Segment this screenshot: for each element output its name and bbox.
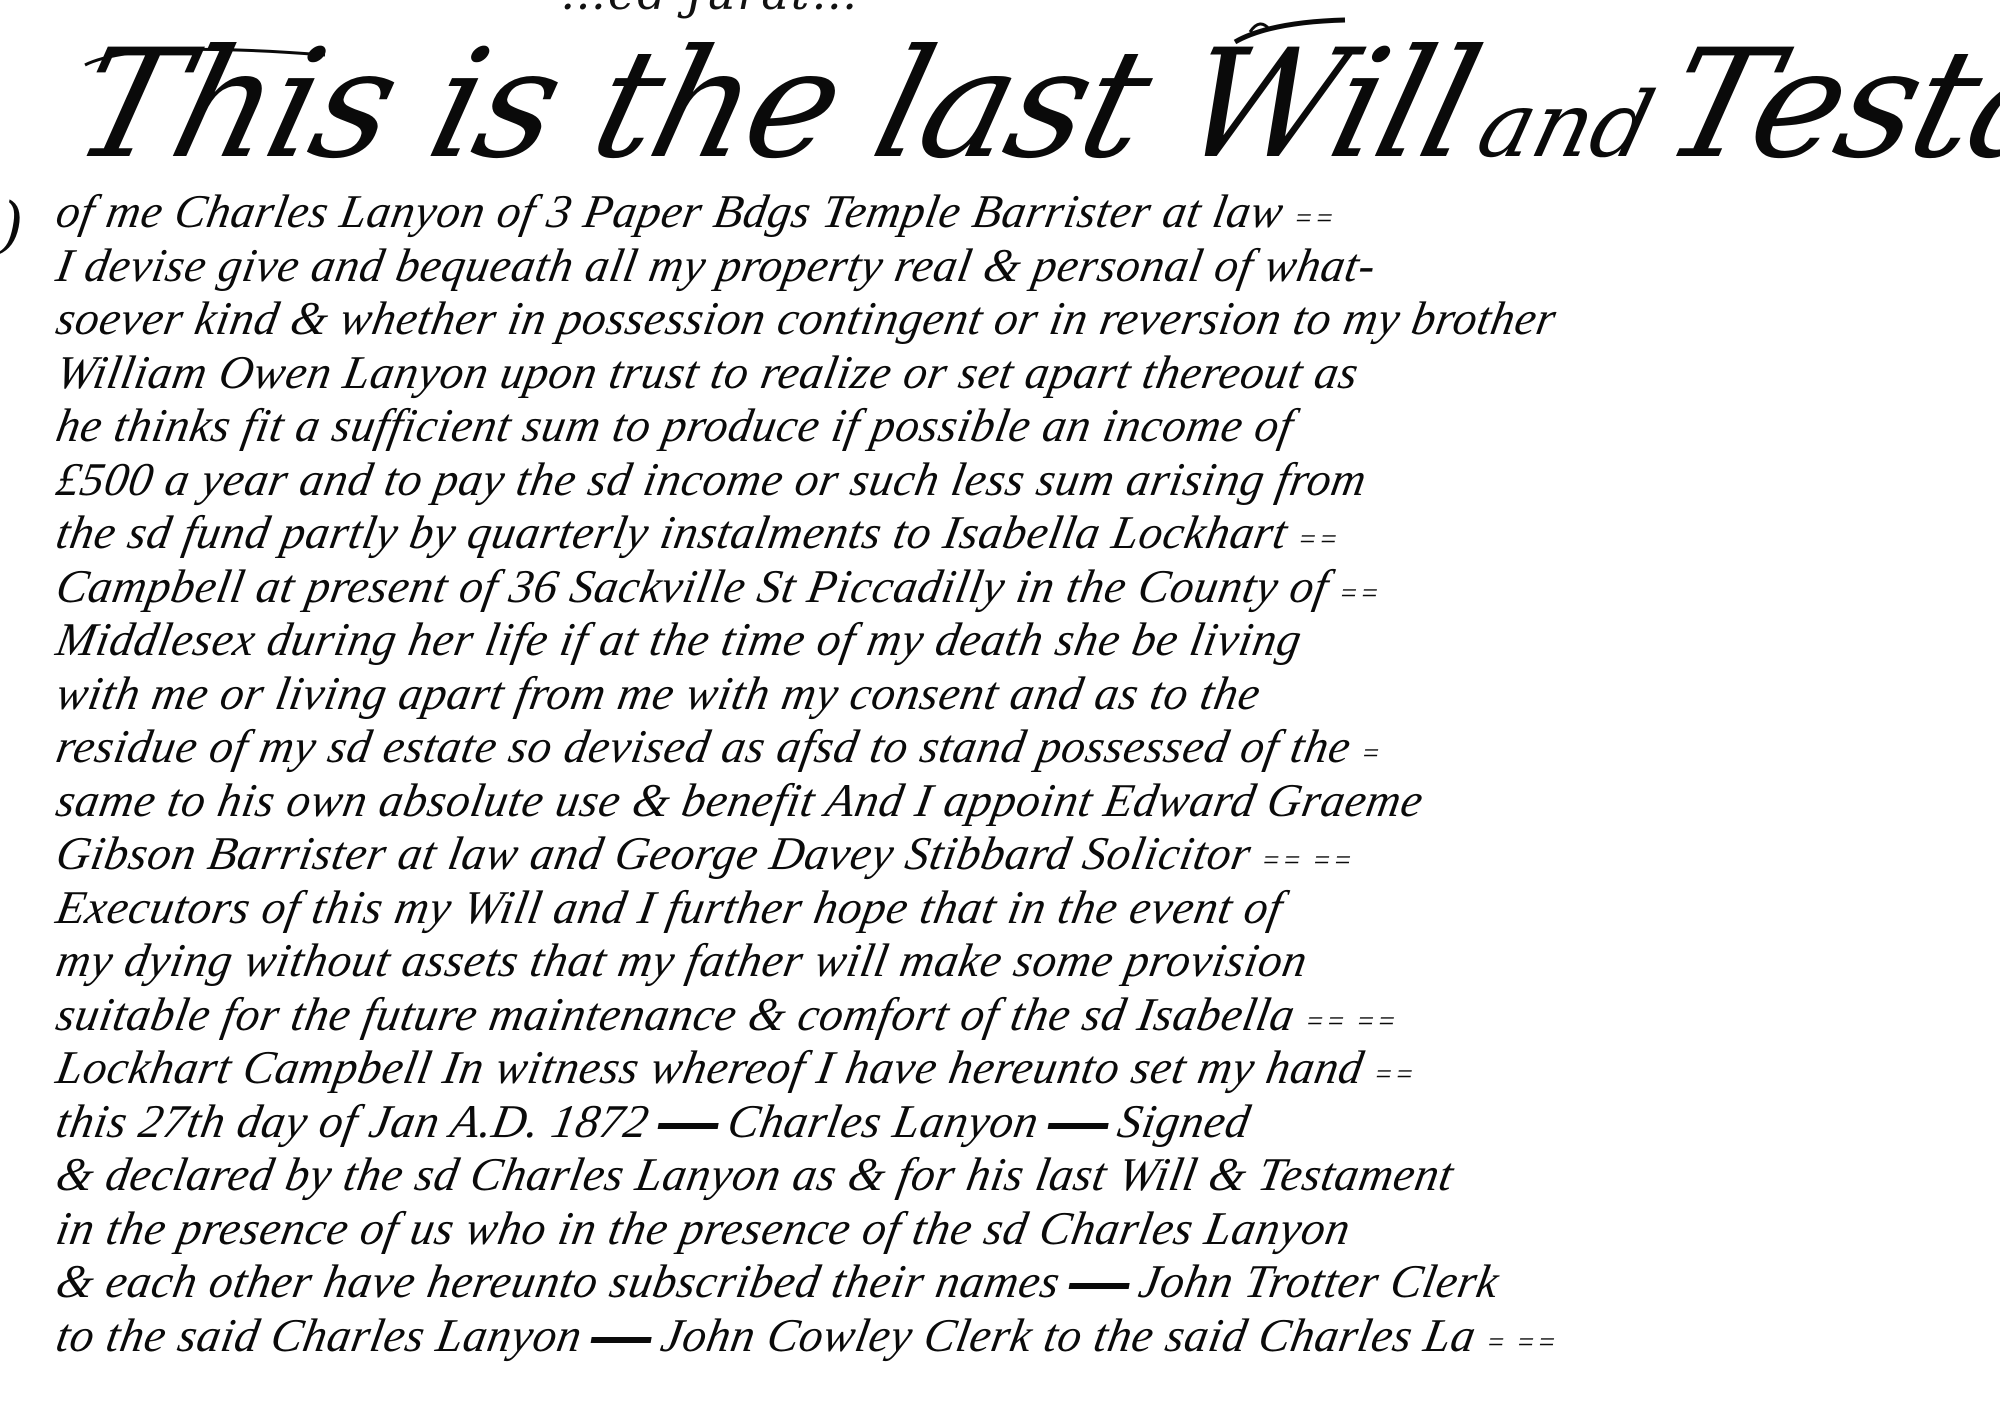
text-line: the sd fund partly by quarterly instalme…	[52, 507, 1981, 561]
line-text: £500 a year and to pay the sd income or …	[52, 454, 1371, 506]
line-text: I devise give and bequeath all my proper…	[52, 240, 1380, 292]
line-text: suitable for the future maintenance & co…	[52, 989, 1299, 1041]
line-filler: =	[1359, 738, 1385, 769]
dash-stroke	[657, 1123, 718, 1129]
text-line: I devise give and bequeath all my proper…	[52, 240, 1981, 294]
dash-stroke	[1068, 1283, 1129, 1289]
text-line: residue of my sd estate so devised as af…	[52, 721, 1981, 775]
line-text: & declared by the sd Charles Lanyon as &…	[52, 1149, 1457, 1201]
line-text: Gibson Barrister at law and George Davey…	[52, 828, 1255, 880]
dash-stroke	[590, 1337, 651, 1343]
line-text: Middlesex during her life if at the time…	[52, 614, 1306, 666]
line-text-after: Signed	[1114, 1096, 1255, 1148]
text-line: suitable for the future maintenance & co…	[52, 989, 1981, 1043]
text-line: my dying without assets that my father w…	[52, 935, 1981, 989]
text-line: £500 a year and to pay the sd income or …	[52, 454, 1981, 508]
line-text-after: Clerk	[1386, 1256, 1503, 1308]
line-text: Lockhart Campbell In witness whereof I h…	[52, 1042, 1367, 1094]
line-text: soever kind & whether in possession cont…	[52, 293, 1560, 345]
line-text: residue of my sd estate so devised as af…	[52, 721, 1355, 773]
line-text: Campbell at present of 36 Sackville St P…	[52, 561, 1333, 613]
text-line-signature: this 27th day of Jan A.D. 1872Charles La…	[52, 1096, 1981, 1150]
will-page: …ed Jurat… ) This is the last Will and T…	[0, 0, 2000, 1426]
text-line: Middlesex during her life if at the time…	[52, 614, 1981, 668]
text-line: same to his own absolute use & benefit A…	[52, 775, 1981, 829]
text-line: Campbell at present of 36 Sackville St P…	[52, 561, 1981, 615]
testator-signature: Charles Lanyon	[724, 1096, 1043, 1148]
line-filler: ==	[1295, 524, 1342, 555]
text-line: Lockhart Campbell In witness whereof I h…	[52, 1042, 1981, 1096]
line-text-after: Clerk to the said Charles La	[920, 1310, 1480, 1362]
line-text: same to his own absolute use & benefit A…	[52, 775, 1427, 827]
title-part-3: Testament	[1649, 18, 2000, 192]
witness-signature: John Trotter	[1135, 1256, 1383, 1308]
line-text: of me Charles Lanyon of 3 Paper Bdgs Tem…	[52, 186, 1287, 238]
line-filler: == ==	[1259, 845, 1357, 876]
line-text: the sd fund partly by quarterly instalme…	[52, 507, 1291, 559]
text-line: William Owen Lanyon upon trust to realiz…	[52, 347, 1981, 401]
line-filler: == ==	[1303, 1006, 1401, 1037]
text-line: he thinks fit a sufficient sum to produc…	[52, 400, 1981, 454]
text-line: Executors of this my Will and I further …	[52, 882, 1981, 936]
line-text: Executors of this my Will and I further …	[52, 882, 1287, 934]
witness-signature: John Cowley	[657, 1310, 917, 1362]
line-filler: ==	[1371, 1059, 1418, 1090]
will-body: of me Charles Lanyon of 3 Paper Bdgs Tem…	[52, 186, 1972, 1363]
line-filler: = ==	[1484, 1327, 1561, 1358]
title-part-1: This is the last Will	[60, 18, 1493, 192]
line-text: this 27th day of Jan A.D. 1872	[52, 1096, 653, 1148]
line-text: & each other have hereunto subscribed th…	[52, 1256, 1064, 1308]
text-line: with me or living apart from me with my …	[52, 668, 1981, 722]
top-cut-off-text: …ed Jurat…	[560, 0, 859, 20]
line-text: with me or living apart from me with my …	[52, 668, 1264, 720]
text-line: Gibson Barrister at law and George Davey…	[52, 828, 1981, 882]
line-text: to the said Charles Lanyon	[52, 1310, 586, 1362]
dash-stroke	[1047, 1123, 1108, 1129]
text-line: in the presence of us who in the presenc…	[52, 1203, 1981, 1257]
line-filler: ==	[1291, 203, 1338, 234]
text-line: soever kind & whether in possession cont…	[52, 293, 1981, 347]
line-text: William Owen Lanyon upon trust to realiz…	[52, 347, 1362, 399]
text-line: of me Charles Lanyon of 3 Paper Bdgs Tem…	[52, 186, 1981, 240]
margin-bracket-mark: )	[0, 190, 23, 260]
line-text: he thinks fit a sufficient sum to produc…	[52, 400, 1297, 452]
title-part-2: and	[1468, 73, 1663, 178]
document-title: This is the last Will and Testament	[60, 20, 2000, 190]
line-text: in the presence of us who in the presenc…	[52, 1203, 1354, 1255]
text-line-signature: & each other have hereunto subscribed th…	[52, 1256, 1981, 1310]
text-line-signature: to the said Charles LanyonJohn Cowley Cl…	[52, 1310, 1981, 1364]
line-text: my dying without assets that my father w…	[52, 935, 1311, 987]
line-filler: ==	[1336, 578, 1383, 609]
text-line: & declared by the sd Charles Lanyon as &…	[52, 1149, 1981, 1203]
